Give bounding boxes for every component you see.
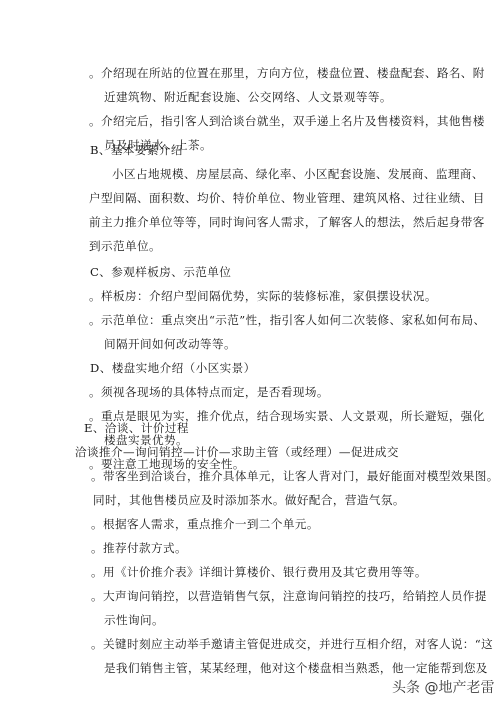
text-line: 小区占地规模、房屋层高、绿化率、小区配套设施、发展商、监理商、 xyxy=(112,167,484,181)
text-line: 。带客坐到洽谈台，推介具体单元，让客人背对门，最好能面对模型效果图。 xyxy=(91,469,499,483)
text-line: 。用《计价推介表》详细计算楼价、银行费用及其它费用等等。 xyxy=(91,565,427,579)
text-line: 。介绍完后，指引客人到洽谈台就坐，双手递上名片及售楼资料，其他售楼 xyxy=(89,114,485,128)
text-line: 。大声询问销控，以营造销售气氛，注意询问销控的技巧，给销控人员作提 xyxy=(91,589,487,603)
text-line: 到示范单位。 xyxy=(89,239,161,253)
text-line: 。关键时刻应主动举手邀请主管促进成交，并进行互相介绍，对客人说：“这 xyxy=(91,637,493,651)
text-line: 。推荐付款方式。 xyxy=(91,541,187,555)
text-line: E、洽谈、计价过程 xyxy=(84,421,189,435)
watermark: 头条 @地产老雷 xyxy=(392,677,494,697)
text-line: 。介绍现在所站的位置在那里，方向方位，楼盘位置、楼盘配套、路名、附 xyxy=(89,66,485,80)
text-line: 前主力推介单位等等，同时询问客人需求，了解客人的想法，然后起身带客 xyxy=(89,215,485,229)
text-line: 近建筑物、附近配套设施、公交网络、人文景观等等。 xyxy=(104,90,392,104)
text-line: 洽谈推介—询问销控—计价—求助主管（或经理）—促进成交 xyxy=(75,445,399,459)
text-line: 。根据客人需求，重点推介一到二个单元。 xyxy=(91,517,319,531)
text-line: 同时，其他售楼员应及时添加茶水。做好配合，营造气氛。 xyxy=(93,493,405,507)
text-line: 。示范单位：重点突出“示范”性，指引客人如何二次装修、家私如何布局、 xyxy=(89,313,485,327)
text-line: 。样板房：介绍户型间隔优势，实际的装修标准，家俱摆设状况。 xyxy=(89,289,437,303)
text-line: C、参观样板房、示范单位 xyxy=(90,265,231,279)
text-line: 是我们销售主管，某某经理，他对这个楼盘相当熟悉，他一定能帮到您及 xyxy=(104,661,488,675)
text-line: 间隔开间如何改动等等。 xyxy=(104,337,236,351)
text-line: 户型间隔、面积数、均价、特价单位、物业管理、建筑风格、过往业绩、目 xyxy=(89,191,485,205)
text-line: D、楼盘实地介绍（小区实景） xyxy=(90,361,256,375)
text-line: 示性询问。 xyxy=(104,613,164,627)
text-line: B、基本要素介绍 xyxy=(90,143,183,157)
text-line: 。须视各现场的具体特点而定，是否看现场。 xyxy=(89,385,329,399)
